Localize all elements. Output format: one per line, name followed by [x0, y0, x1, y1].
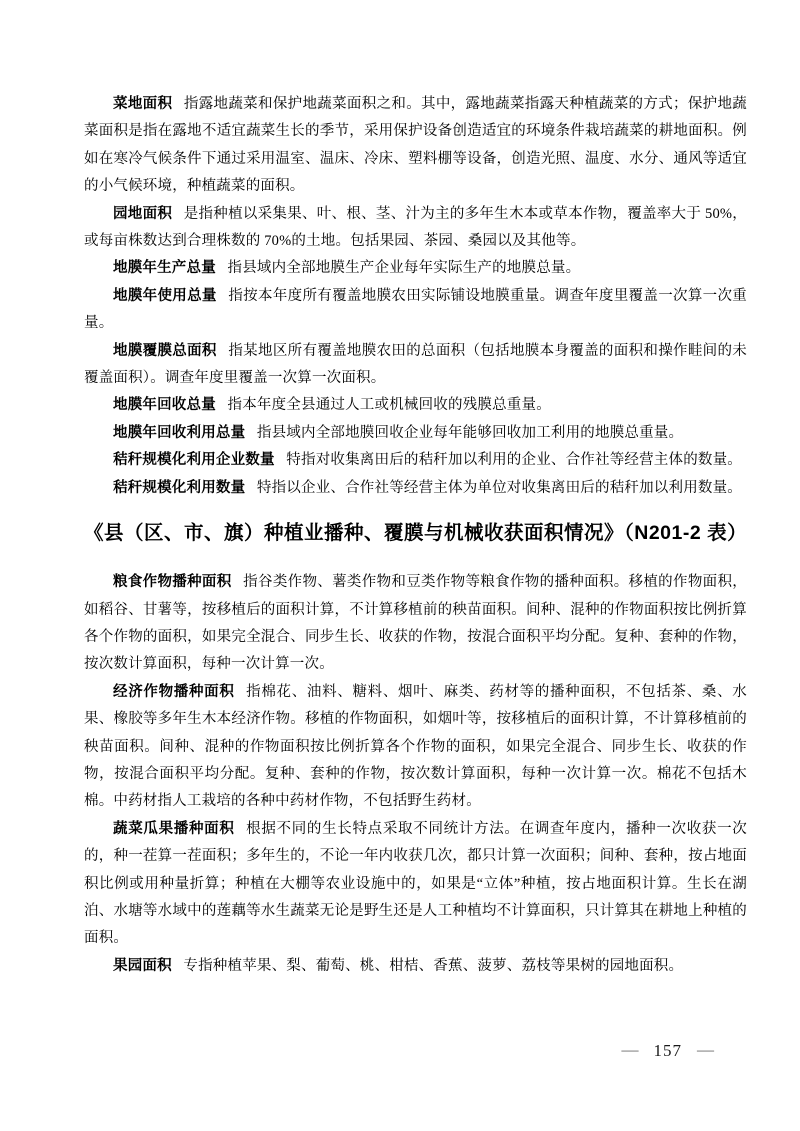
definition-paragraph: 果园面积专指种植苹果、梨、葡萄、桃、柑桔、香蕉、菠萝、荔枝等果树的园地面积。: [84, 953, 747, 980]
document-page: 菜地面积指露地蔬菜和保护地蔬菜面积之和。其中，露地蔬菜指露天种植蔬菜的方式；保护…: [0, 0, 800, 1131]
definition-paragraph: 蔬菜瓜果播种面积根据不同的生长特点采取不同统计方法。在调查年度内，播种一次收获一…: [84, 816, 747, 953]
definition-text: 是指种植以采集果、叶、根、茎、汁为主的多年生木本或草本作物，覆盖率大于 50%，…: [84, 206, 747, 249]
section-heading: 《县（区、市、旗）种植业播种、覆膜与机械收获面积情况》（N201-2 表）: [84, 519, 747, 547]
definition-text: 特指对收集离田后的秸秆加以利用的企业、合作社等经营主体的数量。: [286, 452, 742, 468]
definition-paragraph: 地膜年回收利用总量指县域内全部地膜回收企业每年能够回收加工利用的地膜总重量。: [84, 420, 747, 447]
term-label: 地膜年使用总量: [113, 288, 217, 304]
definition-paragraph: 地膜年生产总量指县域内全部地膜生产企业每年实际生产的地膜总量。: [84, 255, 747, 282]
definition-text: 特指以企业、合作社等经营主体为单位对收集离田后的秸秆加以利用数量。: [257, 480, 742, 496]
term-label: 地膜年生产总量: [113, 260, 216, 276]
definition-paragraph: 地膜年使用总量指按本年度所有覆盖地膜农田实际铺设地膜重量。调查年度里覆盖一次算一…: [84, 283, 747, 338]
definition-text: 指县域内全部地膜回收企业每年能够回收加工利用的地膜总重量。: [257, 425, 683, 441]
footer-rule-left: —: [622, 1040, 639, 1060]
term-label: 经济作物播种面积: [113, 684, 235, 700]
term-label: 果园面积: [113, 958, 172, 974]
term-label: 菜地面积: [113, 96, 172, 112]
definition-text: 指县域内全部地膜生产企业每年实际生产的地膜总量。: [228, 260, 581, 276]
term-label: 地膜覆膜总面积: [113, 343, 217, 359]
definition-paragraph: 菜地面积指露地蔬菜和保护地蔬菜面积之和。其中，露地蔬菜指露天种植蔬菜的方式；保护…: [84, 91, 747, 201]
term-label: 地膜年回收利用总量: [113, 425, 245, 441]
term-label: 秸秆规模化利用数量: [113, 480, 245, 496]
definition-paragraph: 秸秆规模化利用数量特指以企业、合作社等经营主体为单位对收集离田后的秸秆加以利用数…: [84, 475, 747, 502]
definition-text: 指本年度全县通过人工或机械回收的残膜总重量。: [228, 397, 551, 413]
definition-text: 指露地蔬菜和保护地蔬菜面积之和。其中，露地蔬菜指露天种植蔬菜的方式；保护地蔬菜面…: [84, 96, 747, 194]
term-label: 蔬菜瓜果播种面积: [113, 821, 235, 837]
definition-text: 专指种植苹果、梨、葡萄、桃、柑桔、香蕉、菠萝、荔枝等果树的园地面积。: [183, 958, 683, 974]
term-label: 秸秆规模化利用企业数量: [113, 452, 275, 468]
definition-paragraph: 园地面积是指种植以采集果、叶、根、茎、汁为主的多年生木本或草本作物，覆盖率大于 …: [84, 201, 747, 256]
term-label: 园地面积: [113, 206, 172, 222]
definition-paragraph: 地膜年回收总量指本年度全县通过人工或机械回收的残膜总重量。: [84, 392, 747, 419]
term-label: 粮食作物播种面积: [113, 574, 232, 590]
definition-paragraph: 地膜覆膜总面积指某地区所有覆盖地膜农田的总面积（包括地膜本身覆盖的面积和操作畦间…: [84, 338, 747, 393]
definition-paragraph: 粮食作物播种面积指谷类作物、薯类作物和豆类作物等粮食作物的播种面积。移植的作物面…: [84, 569, 747, 679]
definition-paragraph: 经济作物播种面积指棉花、油料、糖料、烟叶、麻类、药材等的播种面积，不包括茶、桑、…: [84, 679, 747, 816]
definition-text: 指棉花、油料、糖料、烟叶、麻类、药材等的播种面积，不包括茶、桑、水果、橡胶等多年…: [84, 684, 747, 810]
definition-text: 根据不同的生长特点采取不同统计方法。在调查年度内，播种一次收获一次的，种一茬算一…: [84, 821, 747, 947]
definition-paragraph: 秸秆规模化利用企业数量特指对收集离田后的秸秆加以利用的企业、合作社等经营主体的数…: [84, 447, 747, 474]
content-area: 菜地面积指露地蔬菜和保护地蔬菜面积之和。其中，露地蔬菜指露天种植蔬菜的方式；保护…: [84, 91, 747, 980]
page-footer: — 157 —: [622, 1041, 715, 1061]
term-label: 地膜年回收总量: [113, 397, 216, 413]
page-number: 157: [654, 1041, 683, 1061]
footer-rule-right: —: [697, 1040, 714, 1060]
